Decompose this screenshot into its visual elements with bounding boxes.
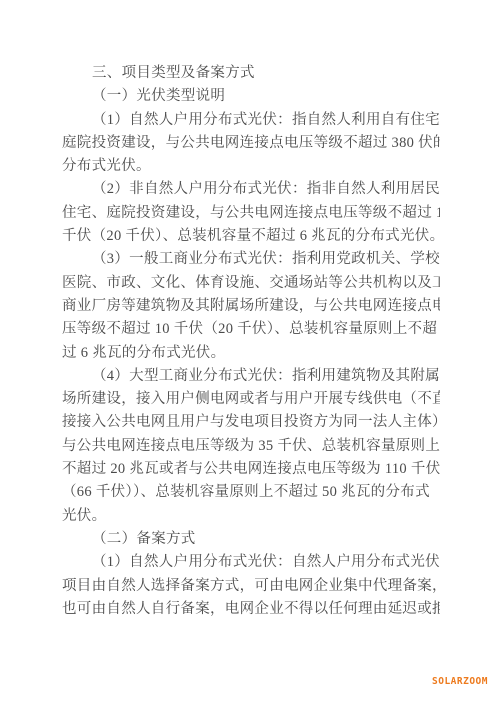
text-line-12: 压等级不超过 10 千伏（20 千伏）、总装机容量原则上不超 [62, 318, 440, 341]
text-line-22: （1）自然人户用分布式光伏：自然人户用分布式光伏 [62, 551, 440, 574]
text-line-20: 光伏。 [62, 505, 440, 528]
text-line-7: 住宅、庭院投资建设，与公共电网连接点电压等级不超过 10 [62, 202, 440, 225]
text-line-23: 项目由自然人选择备案方式，可由电网企业集中代理备案， [62, 575, 440, 598]
document-page: 三、项目类型及备案方式（一）光伏类型说明（1）自然人户用分布式光伏：指自然人利用… [0, 0, 500, 707]
text-line-15: 场所建设，接入用户侧电网或者与用户开展专线供电（不直 [62, 388, 440, 411]
text-line-14: （4）大型工商业分布式光伏：指利用建筑物及其附属 [62, 365, 440, 388]
text-line-11: 商业厂房等建筑物及其附属场所建设，与公共电网连接点电 [62, 295, 440, 318]
text-line-3: （1）自然人户用分布式光伏：指自然人利用自有住宅、 [62, 109, 440, 132]
text-line-4: 庭院投资建设，与公共电网连接点电压等级不超过 380 伏的 [62, 132, 440, 155]
text-line-6: （2）非自然人户用分布式光伏：指非自然人利用居民 [62, 178, 440, 201]
solarzoom-watermark: SOLARZOOM [432, 676, 488, 687]
document-body: 三、项目类型及备案方式（一）光伏类型说明（1）自然人户用分布式光伏：指自然人利用… [62, 62, 440, 621]
text-line-2: （一）光伏类型说明 [62, 85, 440, 108]
text-line-13: 过 6 兆瓦的分布式光伏。 [62, 342, 440, 365]
text-line-5: 分布式光伏。 [62, 155, 440, 178]
text-line-9: （3）一般工商业分布式光伏：指利用党政机关、学校、 [62, 248, 440, 271]
text-line-8: 千伏（20 千伏）、总装机容量不超过 6 兆瓦的分布式光伏。 [62, 225, 440, 248]
text-line-17: 与公共电网连接点电压等级为 35 千伏、总装机容量原则上 [62, 435, 440, 458]
text-line-24: 也可由自然人自行备案，电网企业不得以任何理由延迟或拒 [62, 598, 440, 621]
text-line-18: 不超过 20 兆瓦或者与公共电网连接点电压等级为 110 千伏 [62, 458, 440, 481]
text-line-21: （二）备案方式 [62, 528, 440, 551]
text-line-19: （66 千伏））、总装机容量原则上不超过 50 兆瓦的分布式 [62, 481, 440, 504]
text-line-10: 医院、市政、文化、体育设施、交通场站等公共机构以及工 [62, 272, 440, 295]
text-line-16: 接接入公共电网且用户与发电项目投资方为同一法人主体）， [62, 411, 440, 434]
text-line-1: 三、项目类型及备案方式 [62, 62, 440, 85]
